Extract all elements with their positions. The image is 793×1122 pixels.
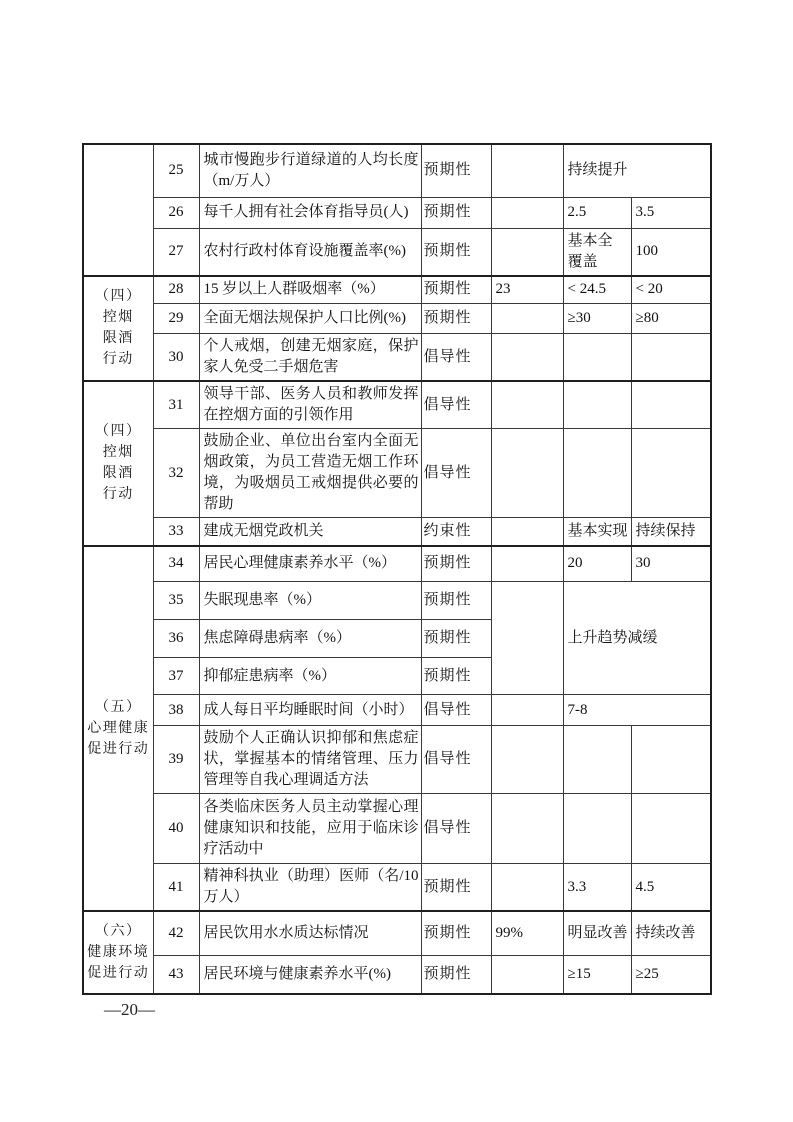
target-2030-cell: 4.5 [631,864,711,912]
attribute-cell: 预期性 [421,144,491,197]
attribute-cell: 倡导性 [421,726,491,794]
current-value-cell-merged [491,582,563,695]
row-number-cell: 27 [153,228,199,276]
attribute-cell: 预期性 [421,955,491,994]
row-number-cell: 39 [153,726,199,794]
table-row: （六） 健康环境 促进行动 42 居民饮用水水质达标情况 预期性 99% 明显改… [83,911,711,955]
table-row: 32 鼓励企业、单位出台室内全面无烟政策，为员工营造无烟工作环境，为吸烟员工戒烟… [83,429,711,518]
row-number-cell: 41 [153,864,199,912]
row-number-cell: 33 [153,518,199,546]
table-row: 39 鼓励个人正确认识抑郁和焦虑症状，掌握基本的情绪管理、压力管理等自我心理调适… [83,726,711,794]
category-cell: （六） 健康环境 促进行动 [83,911,153,994]
table-row: 26 每千人拥有社会体育指导员(人) 预期性 2.5 3.5 [83,197,711,228]
indicators-table: 25 城市慢跑步行道绿道的人均长度（m/万人） 预期性 持续提升 26 每千人拥… [82,143,712,995]
category-cell: （四） 控烟 限酒 行动 [83,381,153,546]
attribute-cell: 倡导性 [421,429,491,518]
current-value-cell [491,304,563,334]
target-2022-cell: 基本全 覆盖 [563,228,631,276]
row-number-cell: 37 [153,658,199,695]
attribute-cell: 预期性 [421,582,491,620]
attribute-cell: 倡导性 [421,794,491,864]
indicator-cell: 各类临床医务人员主动掌握心理健康知识和技能，应用于临床诊疗活动中 [199,794,421,864]
table-row: 33 建成无烟党政机关 约束性 基本实现 持续保持 [83,518,711,546]
indicator-cell: 成人每日平均睡眠时间（小时） [199,695,421,726]
row-number-cell: 35 [153,582,199,620]
target-2030-cell: 30 [631,546,711,582]
target-2030-cell [631,726,711,794]
indicator-cell: 鼓励个人正确认识抑郁和焦虑症状，掌握基本的情绪管理、压力管理等自我心理调适方法 [199,726,421,794]
table-row: 38 成人每日平均睡眠时间（小时） 倡导性 7-8 [83,695,711,726]
page-number: —20— [104,1000,155,1020]
attribute-cell: 预期性 [421,228,491,276]
attribute-cell: 约束性 [421,518,491,546]
indicator-cell: 个人戒烟，创建无烟家庭，保护家人免受二手烟危害 [199,334,421,382]
table-row: 29 全面无烟法规保护人口比例(%) 预期性 ≥30 ≥80 [83,304,711,334]
attribute-cell: 预期性 [421,658,491,695]
current-value-cell [491,197,563,228]
indicator-cell: 抑郁症患病率（%） [199,658,421,695]
target-2022-cell: ≥30 [563,304,631,334]
category-cell [83,144,153,276]
table-row: 25 城市慢跑步行道绿道的人均长度（m/万人） 预期性 持续提升 [83,144,711,197]
row-number-cell: 42 [153,911,199,955]
attribute-cell: 预期性 [421,197,491,228]
row-number-cell: 30 [153,334,199,382]
indicator-cell: 每千人拥有社会体育指导员(人) [199,197,421,228]
current-value-cell: 99% [491,911,563,955]
target-2030-cell: ≥80 [631,304,711,334]
row-number-cell: 32 [153,429,199,518]
target-2022-cell [563,334,631,382]
row-number-cell: 34 [153,546,199,582]
current-value-cell [491,228,563,276]
indicator-cell: 居民环境与健康素养水平(%) [199,955,421,994]
target-2030-cell: < 20 [631,276,711,304]
table-row: （四） 控烟 限酒 行动 28 15 岁以上人群吸烟率（%） 预期性 23 < … [83,276,711,304]
category-cell: （五） 心理健康 促进行动 [83,546,153,912]
row-number-cell: 31 [153,381,199,429]
current-value-cell [491,518,563,546]
target-2022-cell [563,381,631,429]
current-value-cell [491,955,563,994]
indicator-cell: 城市慢跑步行道绿道的人均长度（m/万人） [199,144,421,197]
category-cell: （四） 控烟 限酒 行动 [83,276,153,382]
target-cell-merged: 7-8 [563,695,711,726]
indicator-cell: 全面无烟法规保护人口比例(%) [199,304,421,334]
indicator-cell: 领导干部、医务人员和教师发挥在控烟方面的引领作用 [199,381,421,429]
attribute-cell: 预期性 [421,911,491,955]
row-number-cell: 36 [153,620,199,658]
target-2022-cell: 20 [563,546,631,582]
indicator-cell: 农村行政村体育设施覆盖率(%) [199,228,421,276]
indicator-cell: 失眠现患率（%） [199,582,421,620]
target-2030-cell [631,794,711,864]
current-value-cell [491,381,563,429]
table-row: （四） 控烟 限酒 行动 31 领导干部、医务人员和教师发挥在控烟方面的引领作用… [83,381,711,429]
target-2022-cell: < 24.5 [563,276,631,304]
indicator-cell: 居民饮用水水质达标情况 [199,911,421,955]
target-2022-cell [563,794,631,864]
target-2030-cell: 3.5 [631,197,711,228]
current-value-cell [491,864,563,912]
attribute-cell: 倡导性 [421,334,491,382]
indicator-cell: 精神科执业（助理）医师（名/10 万人） [199,864,421,912]
row-number-cell: 25 [153,144,199,197]
table-row: 43 居民环境与健康素养水平(%) 预期性 ≥15 ≥25 [83,955,711,994]
table-row: 40 各类临床医务人员主动掌握心理健康知识和技能，应用于临床诊疗活动中 倡导性 [83,794,711,864]
attribute-cell: 预期性 [421,864,491,912]
target-2022-cell: 2.5 [563,197,631,228]
target-2030-cell [631,334,711,382]
attribute-cell: 预期性 [421,276,491,304]
row-number-cell: 40 [153,794,199,864]
attribute-cell: 预期性 [421,304,491,334]
target-2022-cell: 3.3 [563,864,631,912]
current-value-cell [491,429,563,518]
table-row: 35 失眠现患率（%） 预期性 上升趋势减缓 [83,582,711,620]
attribute-cell: 预期性 [421,620,491,658]
target-2030-cell [631,429,711,518]
target-2030-cell [631,381,711,429]
indicator-cell: 15 岁以上人群吸烟率（%） [199,276,421,304]
indicator-cell: 焦虑障碍患病率（%） [199,620,421,658]
row-number-cell: 26 [153,197,199,228]
target-2030-cell: 100 [631,228,711,276]
target-2022-cell: ≥15 [563,955,631,994]
target-cell-merged: 上升趋势减缓 [563,582,711,695]
table-row: 41 精神科执业（助理）医师（名/10 万人） 预期性 3.3 4.5 [83,864,711,912]
target-2022-cell [563,429,631,518]
table-row: （五） 心理健康 促进行动 34 居民心理健康素养水平（%） 预期性 20 30 [83,546,711,582]
current-value-cell [491,546,563,582]
row-number-cell: 29 [153,304,199,334]
attribute-cell: 倡导性 [421,381,491,429]
indicator-cell: 鼓励企业、单位出台室内全面无烟政策，为员工营造无烟工作环境，为吸烟员工戒烟提供必… [199,429,421,518]
target-2022-cell [563,726,631,794]
target-cell-merged: 持续提升 [563,144,711,197]
row-number-cell: 43 [153,955,199,994]
row-number-cell: 28 [153,276,199,304]
table-row: 27 农村行政村体育设施覆盖率(%) 预期性 基本全 覆盖 100 [83,228,711,276]
current-value-cell [491,794,563,864]
target-2030-cell: 持续改善 [631,911,711,955]
target-2030-cell: ≥25 [631,955,711,994]
table-row: 30 个人戒烟，创建无烟家庭，保护家人免受二手烟危害 倡导性 [83,334,711,382]
row-number-cell: 38 [153,695,199,726]
target-2022-cell: 明显改善 [563,911,631,955]
target-2022-cell: 基本实现 [563,518,631,546]
current-value-cell [491,695,563,726]
indicator-cell: 建成无烟党政机关 [199,518,421,546]
attribute-cell: 倡导性 [421,695,491,726]
current-value-cell [491,144,563,197]
indicator-cell: 居民心理健康素养水平（%） [199,546,421,582]
target-2030-cell: 持续保持 [631,518,711,546]
attribute-cell: 预期性 [421,546,491,582]
current-value-cell [491,726,563,794]
current-value-cell [491,334,563,382]
current-value-cell: 23 [491,276,563,304]
